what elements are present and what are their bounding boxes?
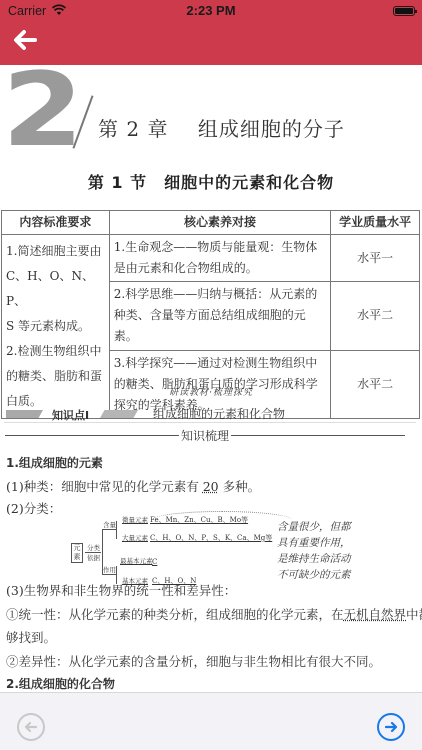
handwritten-note: 含量很少，但都 具有重要作用， 是维持生命活动 不可缺少的元素 [277,519,357,583]
paragraph-unity-1-cont: 够找到。 [6,628,56,646]
column-header: 内容标准要求 [2,211,110,235]
literacy-cell: 1.生命观念——物质与能量观：生物体是由元素和化合物组成的。 [109,235,330,282]
chapter-big-number: 2 [2,65,79,170]
paragraph-kinds: (1)种类：细胞中常见的化学元素有 20 多种。 [6,477,260,495]
arrow-left-icon [12,29,38,51]
caption: 研读教材·梳理探究 [0,385,422,398]
level-cell: 水平一 [331,235,420,282]
level-cell: 水平二 [331,282,420,350]
arrow-circle-left-icon [23,719,39,735]
battery-icon [393,6,415,16]
next-page-button[interactable] [377,713,405,741]
column-header: 学业质量水平 [331,211,420,235]
diagram-root: 元 素 [71,543,83,563]
column-header: 核心素养对接 [109,211,330,235]
literacy-cell: 2.科学思维——归纳与概括：从元素的种类、含量等方面总结组成细胞的元素。 [109,282,330,350]
section-title: 第 1 节 细胞中的元素和化合物 [0,170,422,193]
section-divider: 知识梳理 [5,427,405,443]
paragraph-unity-1: ①统一性：从化学元素的种类分析，组成细胞的化学元素，在无机自然界中都能 [6,605,422,623]
chapter-title: 第 2 章 组成细胞的分子 [98,113,345,142]
status-bar: Carrier 2:23 PM [0,0,422,22]
decor-bar [100,410,138,418]
knowledge-point-label: 知识点Ⅰ [52,407,89,423]
navigation-bar: Carrier 2:23 PM [0,0,422,65]
previous-page-button[interactable] [17,713,45,741]
knowledge-point-title: 组成细胞的元素和化合物 [153,405,285,422]
chapter-header: 2 第 2 章 组成细胞的分子 [0,65,422,155]
table-row: 1.简述细胞主要由 C、H、O、N、P、 S 等元素构成。 2.检测生物组织中 … [2,235,420,282]
bottom-toolbar [0,692,422,750]
table-header-row: 内容标准要求 核心素养对接 学业质量水平 [2,211,420,235]
heading-compounds: 2.组成细胞的化合物 [6,675,115,692]
document-page[interactable]: 2 第 2 章 组成细胞的分子 第 1 节 细胞中的元素和化合物 内容标准要求 … [0,65,422,692]
paragraph-unity-title: (3)生物界和非生物界的统一性和差异性： [6,581,236,599]
element-classification-diagram: 元 素 分类 依据 含量 作用 微量元素 Fe、Mn、Zn、Cu、B、Mo等 大… [70,517,410,587]
arrow-circle-right-icon [383,719,399,735]
decor-bar [6,410,43,418]
divider-label: 知识梳理 [179,427,231,444]
knowledge-point-bar: 知识点Ⅰ 组成细胞的元素和化合物 [4,405,416,423]
heading-elements: 1.组成细胞的元素 [6,454,103,471]
paragraph-classify: (2)分类： [6,499,61,517]
paragraph-unity-2: ②差异性：从化学元素的含量分析，细胞与非生物相比有很大不同。 [6,652,381,670]
back-button[interactable] [12,29,38,51]
clock: 2:23 PM [0,3,422,18]
